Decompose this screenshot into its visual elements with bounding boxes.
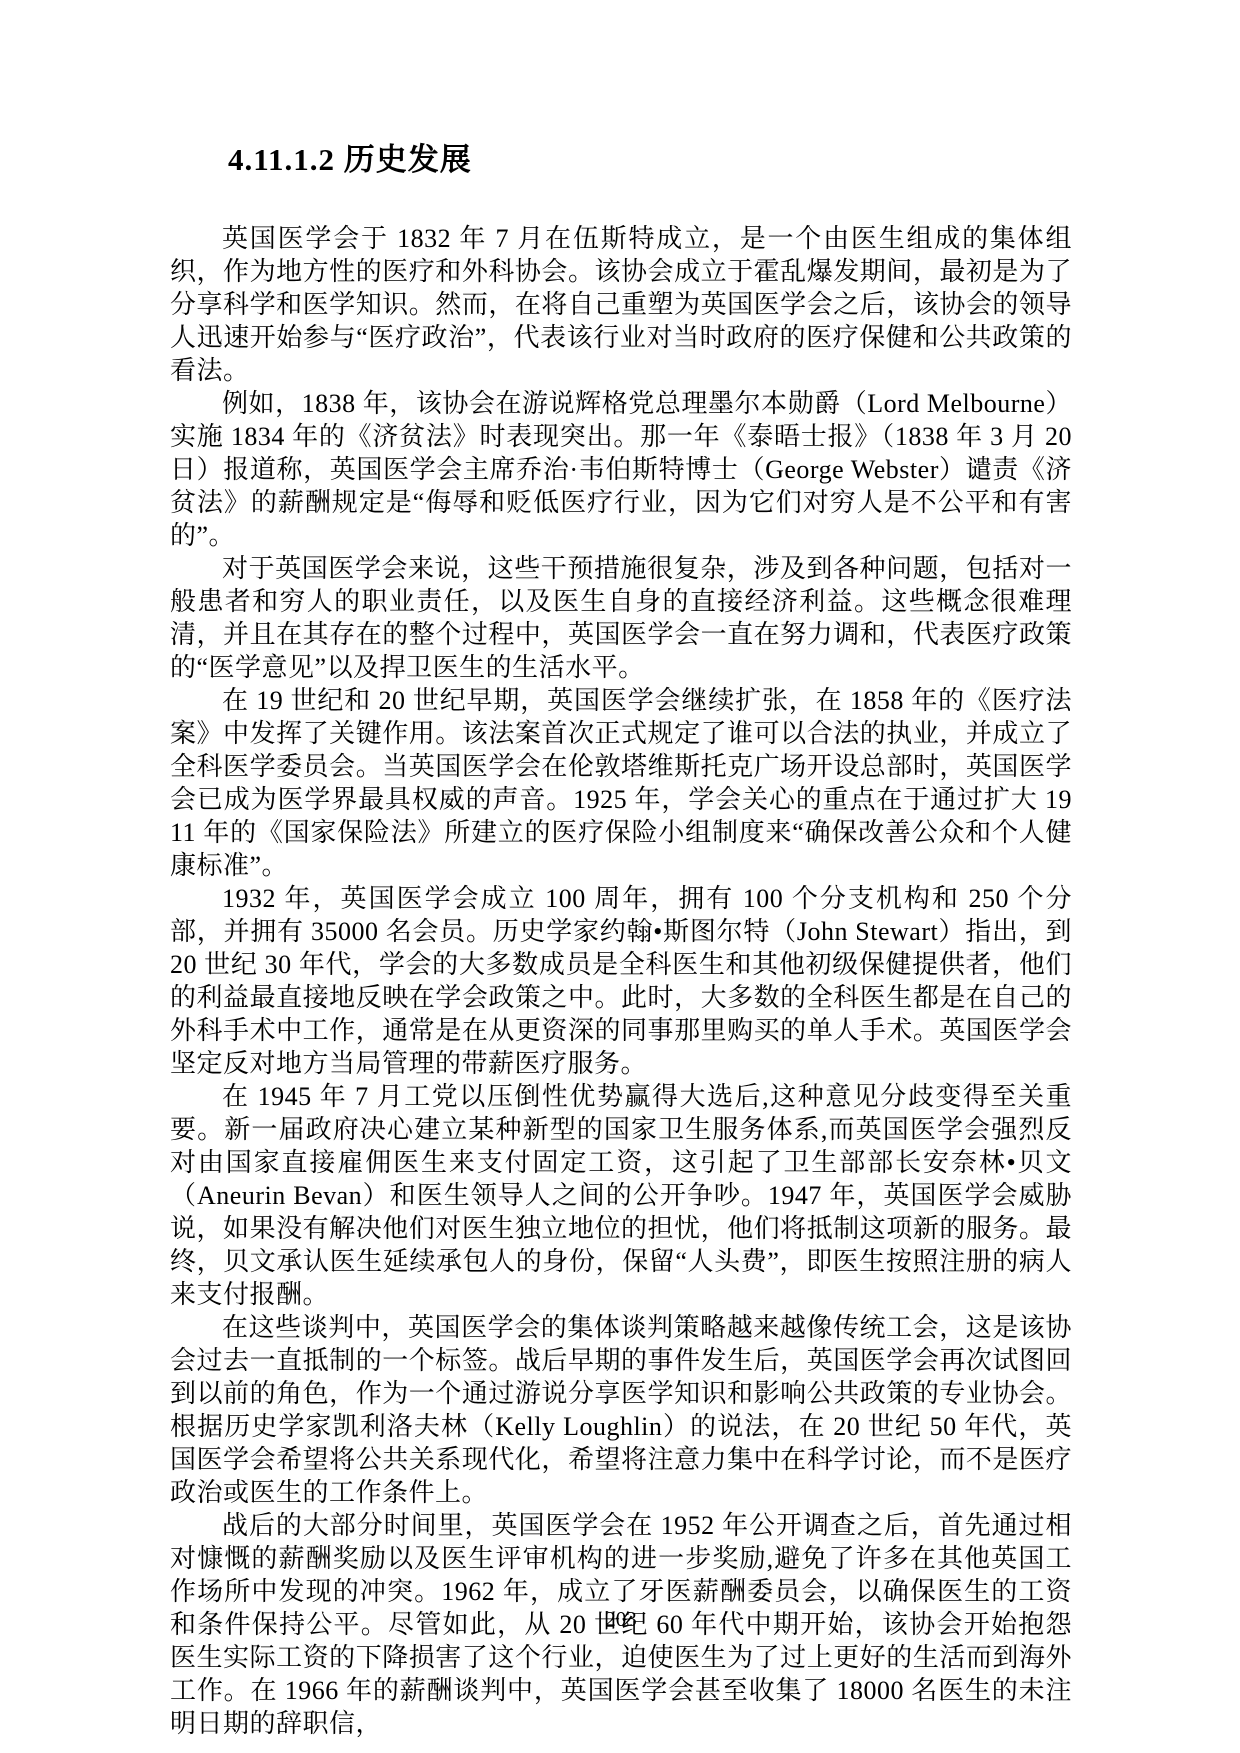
page-content: 4.11.1.2 历史发展 英国医学会于 1832 年 7 月在伍斯特成立，是一… (170, 140, 1072, 1740)
paragraph-negotiations: 在这些谈判中，英国医学会的集体谈判策略越来越像传统工会，这是该协会过去一直抵制的… (170, 1311, 1072, 1509)
section-heading: 4.11.1.2 历史发展 (228, 140, 1072, 180)
paragraph-founding: 英国医学会于 1832 年 7 月在伍斯特成立，是一个由医生组成的集体组织，作为… (170, 222, 1072, 387)
paragraph-1838-lobbying: 例如，1838 年，该协会在游说辉格党总理墨尔本勋爵（Lord Melbourn… (170, 387, 1072, 552)
paragraph-1945-labour: 在 1945 年 7 月工党以压倒性优势赢得大选后,这种意见分歧变得至关重要。新… (170, 1080, 1072, 1311)
page-number: 203 (170, 1606, 1072, 1632)
paragraph-19th-20th-century: 在 19 世纪和 20 世纪早期，英国医学会继续扩张，在 1858 年的《医疗法… (170, 684, 1072, 882)
paragraph-1932-centenary: 1932 年，英国医学会成立 100 周年，拥有 100 个分支机构和 250 … (170, 882, 1072, 1080)
paragraph-interventions: 对于英国医学会来说，这些干预措施很复杂，涉及到各种问题，包括对一般患者和穷人的职… (170, 552, 1072, 684)
document-page: 4.11.1.2 历史发展 英国医学会于 1832 年 7 月在伍斯特成立，是一… (0, 0, 1240, 1753)
